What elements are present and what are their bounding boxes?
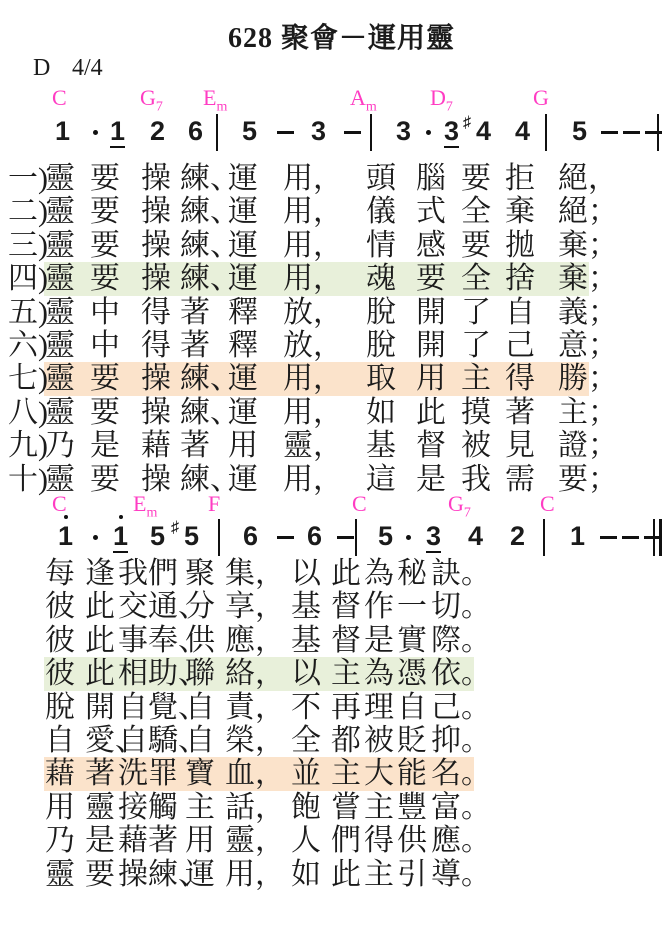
- lyric-char: 不: [291, 691, 321, 724]
- verse-block-2: 每逢我們聚集，以此為秘訣。彼此交通、分享，基督作一切。彼此事奉、供應，基督是實際…: [0, 557, 662, 893]
- lyric-char: 要: [90, 229, 120, 262]
- lyric-char: 著: [180, 329, 210, 362]
- barline: [218, 519, 220, 556]
- chord-label: Em: [133, 491, 157, 517]
- lyric-char: 主: [364, 858, 394, 891]
- lyric-char: 魂: [366, 262, 396, 295]
- lyric-char: 相: [118, 657, 148, 690]
- verse-number-label: 二): [8, 195, 48, 228]
- lyric-char: 彼: [45, 657, 75, 690]
- lyric-char: 洗: [118, 757, 148, 790]
- lyric-char: 用: [228, 429, 258, 462]
- duration-dash: [623, 131, 640, 134]
- duration-dash: [601, 131, 618, 134]
- lyric-char: 得: [364, 824, 394, 857]
- lyric-char: 供: [397, 824, 427, 857]
- hymn-sheet-page: 628 聚會－運用靈 D 4/4 CG7EmAmD7G 112653334♯45…: [0, 0, 662, 934]
- lyric-char: 聚: [185, 557, 215, 590]
- lyric-char: 是: [364, 624, 394, 657]
- notation-note: 2: [510, 521, 525, 551]
- lyric-char: 以: [291, 657, 321, 690]
- lyric-char: 為: [364, 657, 394, 690]
- lyric-char: 靈: [45, 396, 75, 429]
- lyric-char: 是: [85, 824, 115, 857]
- lyric-char: 自: [45, 724, 75, 757]
- lyric-char: 頭: [366, 162, 396, 195]
- lyric-char: 罪: [148, 757, 178, 790]
- lyric-char: 此: [85, 657, 115, 690]
- lyric-char: 逢: [85, 557, 115, 590]
- lyric-char: 們: [148, 557, 178, 590]
- lyric-char: 開: [416, 296, 446, 329]
- lyric-char: 自: [185, 724, 215, 757]
- lyric-char: 運: [185, 858, 215, 891]
- lyric-char: 大: [364, 757, 394, 790]
- lyric-char: 運: [228, 396, 258, 429]
- lyric-char: 式: [416, 195, 446, 228]
- lyric-char: 乃: [45, 824, 75, 857]
- lyric-char: 此: [85, 590, 115, 623]
- lyric-row: 九)乃是藉著用靈，基督被見證；: [0, 429, 662, 462]
- lyric-char: 靈: [45, 195, 75, 228]
- lyric-char: 用，: [283, 396, 343, 429]
- lyric-char: 靈: [45, 858, 75, 891]
- chord-label: C: [540, 491, 555, 517]
- chord-subscript: 7: [446, 99, 453, 114]
- chord-row-2: CEmFCG7C: [0, 491, 662, 517]
- lyric-char: 應，: [225, 624, 285, 657]
- sharp-sign: ♯: [463, 108, 471, 138]
- lyric-char: 事: [118, 624, 148, 657]
- lyric-char: 取: [366, 362, 396, 395]
- notation-note: 4: [515, 116, 530, 146]
- lyric-char: 棄；: [558, 229, 618, 262]
- lyric-char: 寶: [185, 757, 215, 790]
- lyric-row: 自愛、自驕、自榮，全都被貶抑。: [0, 724, 662, 757]
- lyric-row: 一)靈要操練、運用，頭腦要拒絕，: [0, 162, 662, 195]
- lyric-char: 彼: [45, 590, 75, 623]
- lyric-char: 放，: [283, 296, 343, 329]
- lyric-char: 被: [364, 724, 394, 757]
- barline: [545, 114, 547, 151]
- song-title: 628 聚會－運用靈: [228, 16, 455, 56]
- lyric-char: 主: [364, 791, 394, 824]
- lyric-char: 名。: [431, 757, 491, 790]
- lyric-char: 榮，: [225, 724, 285, 757]
- lyric-char: 藉: [141, 429, 171, 462]
- lyric-char: 著: [85, 757, 115, 790]
- lyric-char: 用，: [283, 195, 343, 228]
- lyric-char: 絕；: [558, 195, 618, 228]
- lyric-char: 集，: [225, 557, 285, 590]
- notation-note: 4: [468, 521, 483, 551]
- notation-note: 1: [570, 521, 585, 551]
- lyric-char: 此: [85, 624, 115, 657]
- lyric-char: 被: [461, 429, 491, 462]
- lyric-char: 此: [331, 557, 361, 590]
- notation-note: 2: [150, 116, 165, 146]
- lyric-char: 作: [364, 590, 394, 623]
- lyric-char: 再: [331, 691, 361, 724]
- lyric-char: 要: [90, 362, 120, 395]
- lyric-char: 證；: [558, 429, 618, 462]
- lyric-char: 藉: [118, 824, 148, 857]
- lyric-char: 了: [461, 329, 491, 362]
- lyric-char: 並: [291, 757, 321, 790]
- lyric-char: 勝；: [558, 362, 618, 395]
- lyric-row: 五)靈中得著釋放，脫開了自義；: [0, 296, 662, 329]
- duration-dash: [344, 131, 361, 134]
- lyric-char: 要: [461, 229, 491, 262]
- lyric-char: 用，: [283, 262, 343, 295]
- lyric-char: 秘: [397, 557, 427, 590]
- lyric-row: 乃是藉著用靈，人們得供應。: [0, 824, 662, 857]
- lyric-char: 運: [228, 229, 258, 262]
- barline: [355, 519, 357, 556]
- lyric-char: 靈，: [225, 824, 285, 857]
- lyric-char: 運: [228, 162, 258, 195]
- rhythm-dot: [93, 535, 98, 540]
- lyric-char: 此: [416, 396, 446, 429]
- lyric-char: 運: [228, 195, 258, 228]
- lyric-char: 中: [90, 329, 120, 362]
- lyric-char: 著: [180, 296, 210, 329]
- lyric-char: 要: [90, 195, 120, 228]
- lyric-char: 督: [416, 429, 446, 462]
- chord-subscript: m: [216, 99, 227, 114]
- lyric-char: 己。: [431, 691, 491, 724]
- lyric-char: 基: [291, 590, 321, 623]
- notation-note: 1: [113, 521, 128, 553]
- lyric-char: 操: [141, 396, 171, 429]
- verse-number-label: 九): [8, 429, 48, 462]
- chord-label: C: [52, 491, 67, 517]
- lyric-char: 操: [141, 362, 171, 395]
- lyric-char: 理: [364, 691, 394, 724]
- lyric-char: 靈: [45, 296, 75, 329]
- lyric-char: 督: [331, 590, 361, 623]
- lyric-char: 用，: [283, 362, 343, 395]
- notation-note: 5: [572, 116, 587, 146]
- notation-note: 1: [58, 521, 73, 551]
- lyric-char: 己: [505, 329, 535, 362]
- lyric-char: 我: [118, 557, 148, 590]
- lyric-char: 操: [141, 262, 171, 295]
- lyric-char: 操: [141, 162, 171, 195]
- verse-number-label: 五): [8, 296, 48, 329]
- lyric-char: 如: [291, 858, 321, 891]
- lyric-char: 彼: [45, 624, 75, 657]
- lyric-char: 每: [45, 557, 75, 590]
- lyric-char: 靈: [85, 791, 115, 824]
- lyric-char: 得: [141, 329, 171, 362]
- chord-subscript: m: [366, 99, 377, 114]
- lyric-char: 用，: [225, 858, 285, 891]
- lyric-char: 著: [180, 429, 210, 462]
- key-signature: D 4/4: [33, 55, 50, 82]
- verse-number-label: 七): [8, 362, 48, 395]
- lyric-char: 貶: [397, 724, 427, 757]
- lyric-char: 憑: [397, 657, 427, 690]
- lyric-char: 要: [90, 162, 120, 195]
- lyric-char: 絕，: [558, 162, 618, 195]
- lyric-char: 依。: [431, 657, 491, 690]
- lyric-char: 腦: [416, 162, 446, 195]
- lyric-row: 靈要操練、運用，如此主引導。: [0, 858, 662, 891]
- verse-number-label: 三): [8, 229, 48, 262]
- lyric-char: 分: [185, 590, 215, 623]
- notation-note: 3: [426, 521, 441, 553]
- time-signature: 4/4: [72, 55, 103, 82]
- lyric-char: 釋: [228, 296, 258, 329]
- lyric-char: 開: [416, 329, 446, 362]
- lyric-char: 全: [461, 195, 491, 228]
- lyric-char: 訣。: [431, 557, 491, 590]
- chord-label: Em: [203, 85, 227, 111]
- barline: [216, 114, 218, 151]
- lyric-char: 脫: [366, 296, 396, 329]
- lyric-row: 脫開自覺、自責，不再理自己。: [0, 691, 662, 724]
- lyric-char: 嘗: [331, 791, 361, 824]
- lyric-char: 如: [366, 396, 396, 429]
- lyric-char: 主: [185, 791, 215, 824]
- lyric-char: 供: [185, 624, 215, 657]
- duration-dash: [645, 131, 662, 134]
- lyric-char: 運: [228, 262, 258, 295]
- lyric-char: 釋: [228, 329, 258, 362]
- lyric-row: 二)靈要操練、運用，儀式全棄絕；: [0, 195, 662, 228]
- lyric-char: 全: [461, 262, 491, 295]
- lyric-char: 操: [141, 195, 171, 228]
- lyric-char: 得: [141, 296, 171, 329]
- lyric-row: 彼此事奉、供應，基督是實際。: [0, 624, 662, 657]
- lyric-char: 靈: [45, 362, 75, 395]
- lyric-row: 彼此交通、分享，基督作一切。: [0, 590, 662, 623]
- lyric-char: 以: [291, 557, 321, 590]
- lyric-char: 棄；: [558, 262, 618, 295]
- notation-row-2: 1155♯6653421: [0, 519, 662, 561]
- notation-note: 5: [242, 116, 257, 146]
- lyric-char: 脫: [366, 329, 396, 362]
- duration-dash: [277, 536, 294, 539]
- lyric-char: 話，: [225, 791, 285, 824]
- lyric-char: 要: [90, 262, 120, 295]
- lyric-char: 中: [90, 296, 120, 329]
- lyric-char: 義；: [558, 296, 618, 329]
- lyric-row: 六)靈中得著釋放，脫開了己意；: [0, 329, 662, 362]
- lyric-char: 著: [505, 396, 535, 429]
- lyric-char: 自: [505, 296, 535, 329]
- lyric-char: 主: [331, 757, 361, 790]
- notation-note: 3: [396, 116, 411, 146]
- lyric-char: 靈: [45, 262, 75, 295]
- lyric-char: 用，: [283, 229, 343, 262]
- lyric-char: 靈: [45, 229, 75, 262]
- lyric-char: 操: [141, 229, 171, 262]
- lyric-char: 見: [505, 429, 535, 462]
- lyric-char: 靈: [45, 329, 75, 362]
- lyric-char: 要: [416, 262, 446, 295]
- lyric-char: 脫: [45, 691, 75, 724]
- rhythm-dot: [426, 130, 431, 135]
- lyric-char: 情: [366, 229, 396, 262]
- chord-label: D7: [430, 85, 453, 111]
- lyric-row: 每逢我們聚集，以此為秘訣。: [0, 557, 662, 590]
- verse-number-label: 一): [8, 162, 48, 195]
- final-barline: [653, 519, 662, 556]
- lyric-char: 靈: [45, 162, 75, 195]
- lyric-char: 們: [331, 824, 361, 857]
- lyric-char: 放，: [283, 329, 343, 362]
- verse-number-label: 八): [8, 396, 48, 429]
- lyric-char: 用: [416, 362, 446, 395]
- lyric-char: 為: [364, 557, 394, 590]
- chord-label: G7: [140, 85, 163, 111]
- lyric-char: 際。: [431, 624, 491, 657]
- lyric-char: 拋: [505, 229, 535, 262]
- lyric-char: 運: [228, 362, 258, 395]
- chord-label: Am: [350, 85, 377, 111]
- chord-label: G: [533, 85, 549, 111]
- lyric-char: 棄: [505, 195, 535, 228]
- lyric-char: 自: [118, 724, 148, 757]
- lyric-char: 要: [461, 162, 491, 195]
- lyric-char: 主: [331, 657, 361, 690]
- key-letter: D: [33, 55, 50, 81]
- lyric-char: 抑。: [431, 724, 491, 757]
- chord-subscript: 7: [156, 99, 163, 114]
- lyric-char: 督: [331, 624, 361, 657]
- lyric-char: 著: [148, 824, 178, 857]
- duration-dash: [600, 536, 617, 539]
- barline: [543, 519, 545, 556]
- lyric-char: 一: [397, 590, 427, 623]
- lyric-char: 飽: [291, 791, 321, 824]
- sharp-sign: ♯: [171, 513, 179, 543]
- lyric-char: 引: [397, 858, 427, 891]
- lyric-row: 七)靈要操練、運用，取用主得勝；: [0, 362, 662, 395]
- lyric-char: 靈，: [283, 429, 343, 462]
- lyric-char: 豐: [397, 791, 427, 824]
- chord-label: C: [52, 85, 67, 111]
- duration-dash: [277, 131, 294, 134]
- duration-dash: [622, 536, 639, 539]
- lyric-char: 交: [118, 590, 148, 623]
- lyric-char: 藉: [45, 757, 75, 790]
- lyric-char: 主；: [558, 396, 618, 429]
- barline: [370, 114, 372, 151]
- lyric-char: 感: [416, 229, 446, 262]
- rhythm-dot: [93, 130, 98, 135]
- lyric-char: 全: [291, 724, 321, 757]
- notation-note: 1: [110, 116, 125, 148]
- notation-note: 3: [444, 116, 459, 148]
- lyric-char: 乃: [45, 429, 75, 462]
- lyric-char: 自: [118, 691, 148, 724]
- lyric-char: 都: [331, 724, 361, 757]
- chord-label: C: [352, 491, 367, 517]
- lyric-row: 三)靈要操練、運用，情感要拋棄；: [0, 229, 662, 262]
- lyric-char: 開: [85, 691, 115, 724]
- chord-label: F: [208, 491, 220, 517]
- lyric-char: 富。: [431, 791, 491, 824]
- verse-number-label: 四): [8, 262, 48, 295]
- lyric-char: 聯: [185, 657, 215, 690]
- notation-row-1: 112653334♯45: [0, 114, 662, 156]
- lyric-char: 接: [118, 791, 148, 824]
- lyric-char: 得: [505, 362, 535, 395]
- notation-note: 3: [311, 116, 326, 146]
- lyric-char: 捨: [505, 262, 535, 295]
- lyric-char: 是: [90, 429, 120, 462]
- lyric-char: 血，: [225, 757, 285, 790]
- lyric-char: 儀: [366, 195, 396, 228]
- chord-label: G7: [448, 491, 471, 517]
- notation-note: 1: [55, 116, 70, 146]
- lyric-char: 操: [118, 858, 148, 891]
- lyric-char: 用: [185, 824, 215, 857]
- notation-note: 5: [378, 521, 393, 551]
- lyric-row: 四)靈要操練、運用，魂要全捨棄；: [0, 262, 662, 295]
- lyric-char: 要: [85, 858, 115, 891]
- lyric-row: 彼此相助、聯絡，以主為憑依。: [0, 657, 662, 690]
- lyric-char: 此: [331, 858, 361, 891]
- lyric-char: 自: [397, 691, 427, 724]
- notation-note: 5: [150, 521, 165, 551]
- verse-block-1: 一)靈要操練、運用，頭腦要拒絕，二)靈要操練、運用，儀式全棄絕；三)靈要操練、運…: [0, 162, 662, 497]
- lyric-char: 應。: [431, 824, 491, 857]
- notation-note: 5♯: [184, 521, 199, 551]
- lyric-char: 能: [397, 757, 427, 790]
- lyric-char: 責，: [225, 691, 285, 724]
- lyric-char: 用，: [283, 162, 343, 195]
- lyric-row: 用靈接觸主話，飽嘗主豐富。: [0, 791, 662, 824]
- lyric-char: 切。: [431, 590, 491, 623]
- lyric-char: 主: [461, 362, 491, 395]
- notation-note: 6: [243, 521, 258, 551]
- lyric-char: 拒: [505, 162, 535, 195]
- rhythm-dot: [406, 535, 411, 540]
- notation-note: 6: [307, 521, 322, 551]
- notation-note: 4♯: [476, 116, 491, 146]
- lyric-char: 自: [185, 691, 215, 724]
- lyric-char: 要: [90, 396, 120, 429]
- notation-note: 6: [188, 116, 203, 146]
- lyric-char: 絡，: [225, 657, 285, 690]
- lyric-char: 基: [366, 429, 396, 462]
- lyric-row: 藉著洗罪寶血，並主大能名。: [0, 757, 662, 790]
- lyric-char: 人: [291, 824, 321, 857]
- lyric-char: 實: [397, 624, 427, 657]
- lyric-char: 觸: [148, 791, 178, 824]
- lyric-char: 摸: [461, 396, 491, 429]
- lyric-char: 用: [45, 791, 75, 824]
- barline: [657, 114, 659, 151]
- chord-row-1: CG7EmAmD7G: [0, 85, 662, 111]
- duration-dash: [337, 536, 354, 539]
- lyric-char: 了: [461, 296, 491, 329]
- lyric-char: 基: [291, 624, 321, 657]
- lyric-row: 八)靈要操練、運用，如此摸著主；: [0, 396, 662, 429]
- lyric-char: 享，: [225, 590, 285, 623]
- lyric-char: 意；: [558, 329, 618, 362]
- verse-number-label: 六): [8, 329, 48, 362]
- lyric-char: 導。: [431, 858, 491, 891]
